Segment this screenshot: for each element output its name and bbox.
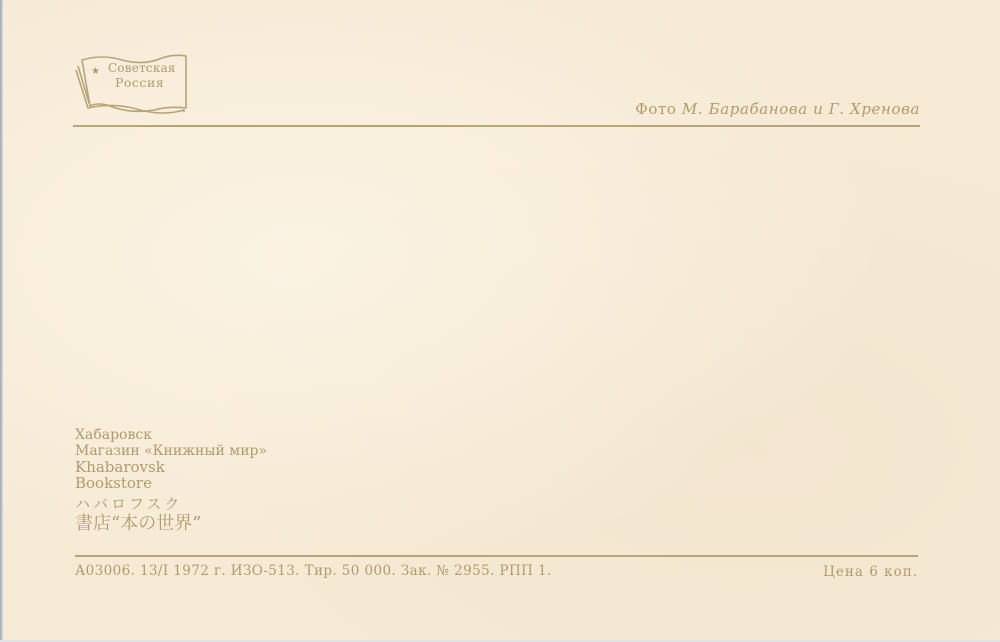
top-divider — [73, 125, 920, 127]
caption-japanese-title: 書店“本の世界” — [75, 513, 267, 535]
logo-line-1: Советская — [108, 62, 176, 74]
photo-credit: Фото М. Барабанова и Г. Хренова — [635, 100, 920, 118]
publisher-logo: ★ Советская Россия — [74, 52, 192, 116]
imprint-line: А03006. 13/I 1972 г. ИЗО-513. Тир. 50 00… — [75, 563, 552, 579]
postcard-back: ★ Советская Россия Фото М. Барабанова и … — [0, 0, 1000, 642]
photo-credit-prefix: Фото — [635, 100, 676, 118]
bottom-divider — [75, 555, 918, 557]
caption-japanese-city: ハバロフスク — [75, 495, 267, 513]
logo-line-2: Россия — [115, 77, 176, 90]
caption-russian-city: Хабаровск — [75, 427, 267, 443]
price-label: Цена 6 коп. — [823, 564, 918, 580]
caption-block: Хабаровск Магазин «Книжный мир» Khabarov… — [75, 427, 267, 535]
caption-russian-title: Магазин «Книжный мир» — [75, 443, 267, 459]
star-icon: ★ — [91, 66, 100, 77]
photo-credit-authors: М. Барабанова и Г. Хренова — [682, 100, 920, 118]
caption-english-city: Khabarovsk — [75, 459, 267, 475]
caption-english-title: Bookstore — [75, 475, 267, 491]
card-left-edge — [0, 0, 3, 642]
